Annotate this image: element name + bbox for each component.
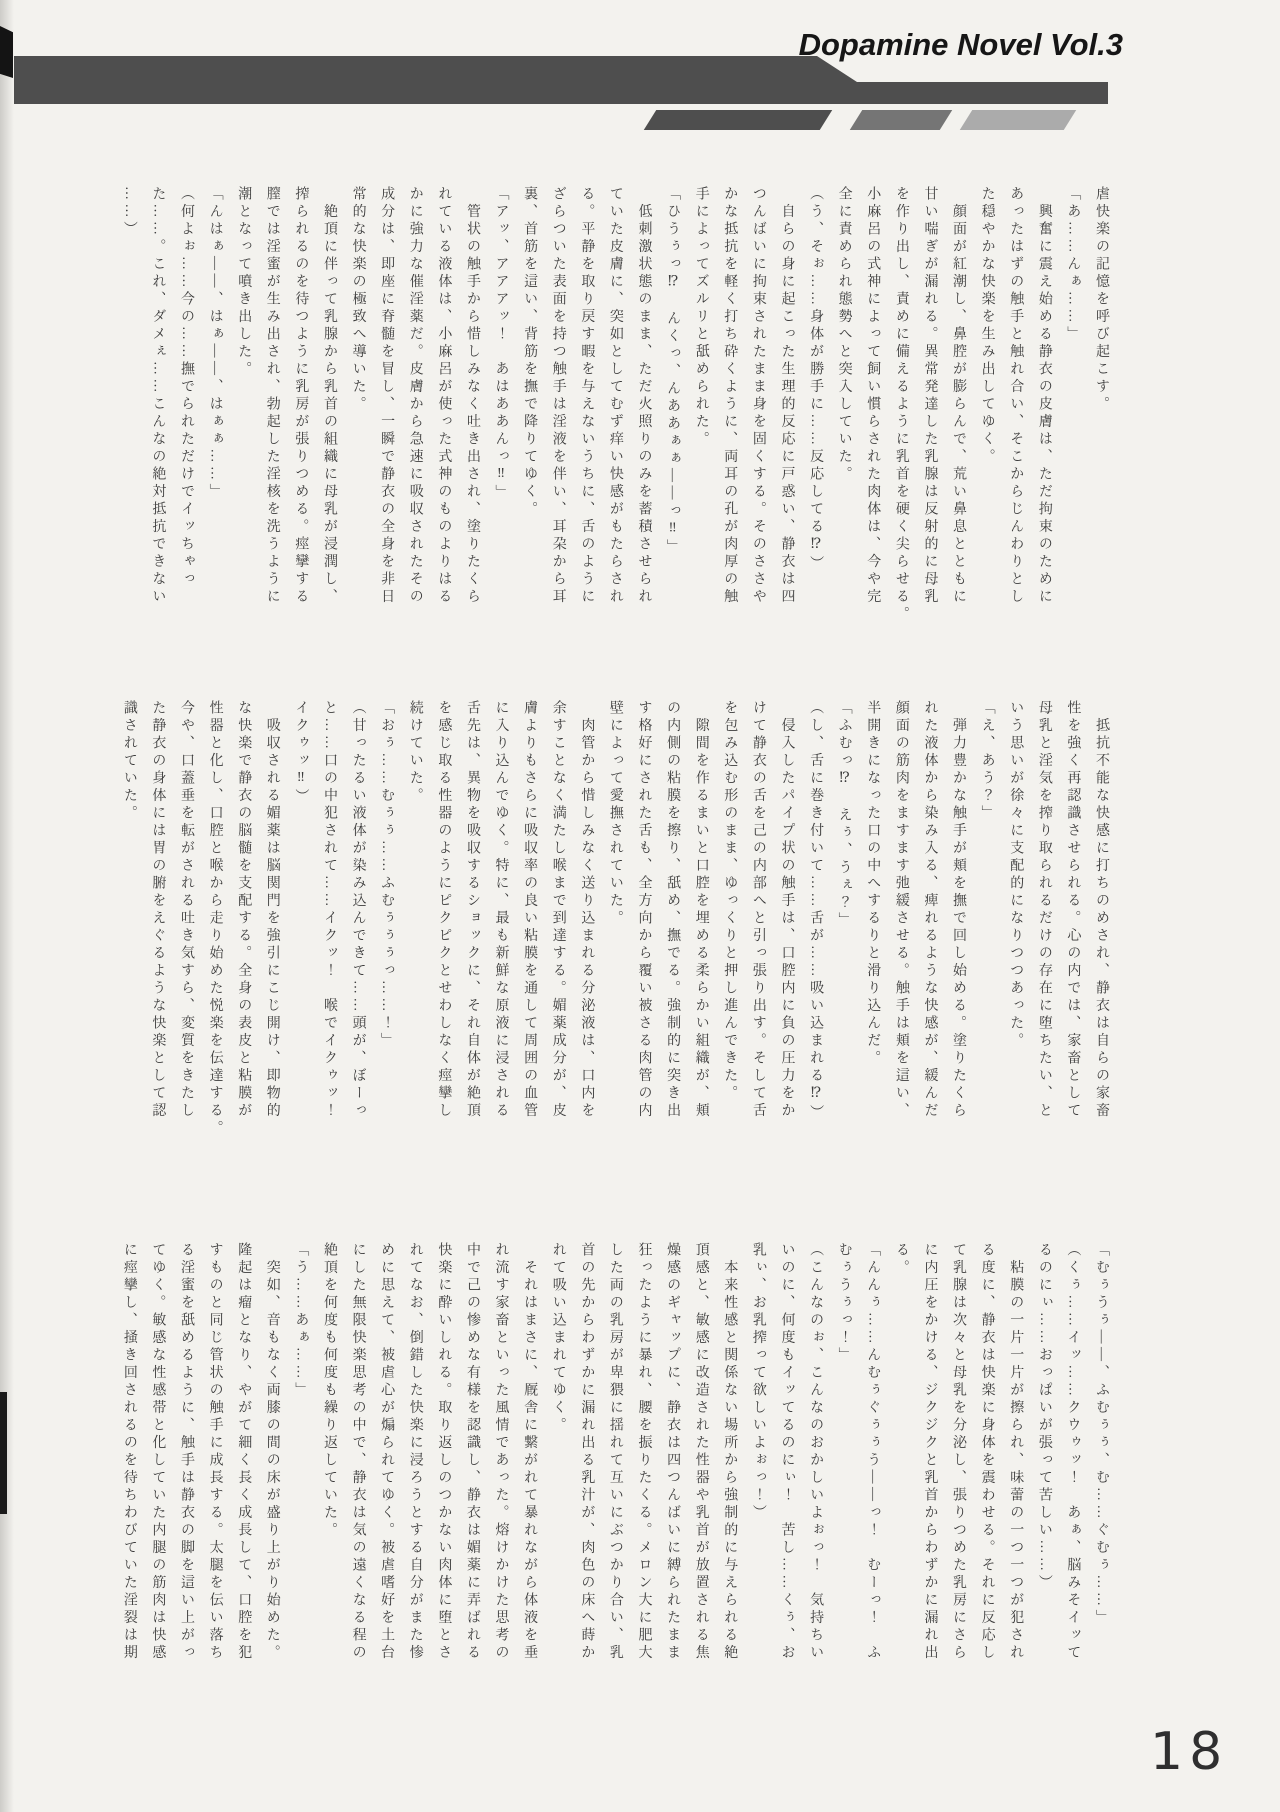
text-column: した両の乳房が卑猥に揺れて互いにぶつかり合い、乳 <box>600 1242 629 1718</box>
text-column: な快楽で静衣の脳髄を支配する。全身の表皮と粘膜が <box>229 700 258 1164</box>
text-column: つんばいに拘束されたまま身を固くする。そのささや <box>743 186 772 650</box>
text-column: を包み込む形のまま、ゆっくりと押し進んできた。 <box>715 700 744 1164</box>
deco-parallelogram-light <box>960 110 1076 130</box>
text-column: 常的な快楽の極致へ導いた。 <box>343 186 372 650</box>
text-column: に内圧をかける、ジクジクと乳首からわずかに漏れ出 <box>915 1242 944 1718</box>
text-column: にした無限快楽思考の中で、静衣は気の遠くなる程の <box>343 1242 372 1718</box>
text-column: 侵入したパイプ状の触手は、口腔内に負の圧力をか <box>772 700 801 1164</box>
text-column: 自らの身に起こった生理的反応に戸惑い、静衣は四 <box>772 186 801 650</box>
text-column: す格好にされた舌も、全方向から覆い被さる肉管の内 <box>629 700 658 1164</box>
text-column: に痙攣し、掻き回されるのを待ちわびていた淫裂は期 <box>114 1242 143 1718</box>
page-number: 18 <box>1150 1722 1228 1782</box>
text-column: を感じ取る性器のようにピクピクとせわしなく痙攣し <box>429 700 458 1164</box>
text-column: 全に責められ態勢へと突入していた。 <box>829 186 858 650</box>
text-column: 「え、あう？」 <box>972 700 1001 1164</box>
text-column: 「むぅうぅ――、ふむぅぅ、む……ぐむぅ……」 <box>1086 1242 1115 1718</box>
text-column: （何よぉ……今の……撫でられただけでイッちゃっ <box>171 186 200 650</box>
text-column: と……口の中犯されて……イクッ！ 喉でイクゥッ！ <box>314 700 343 1164</box>
text-column: いう思いが徐々に支配的になりつつあった。 <box>1001 700 1030 1164</box>
text-column: を作り出し、責めに備えるように乳首を硬く尖らせる。 <box>886 186 915 650</box>
text-column: 抵抗不能な快感に打ちのめされ、静衣は自らの家畜 <box>1086 700 1115 1164</box>
text-column: （甘ったるい液体が染み込んできて……頭が、ぼーっ <box>343 700 372 1164</box>
text-column: めに思えて、被虐心が煽られてゆく。被虐嗜好を土台 <box>372 1242 401 1718</box>
text-column: る淫蜜を舐めるように、触手は静衣の脚を這い上がっ <box>171 1242 200 1718</box>
text-column: れて吸い込まれてゆく。 <box>543 1242 572 1718</box>
text-column: れた液体から染み入る、痺れるような快感が、緩んだ <box>915 700 944 1164</box>
text-column: 絶頂を何度も何度も繰り返していた。 <box>314 1242 343 1718</box>
text-column: 粘膜の一片一片が擦られ、味蕾の一つ一つが犯され <box>1001 1242 1030 1718</box>
text-block-1: 虐快楽の記憶を呼び起こす。「あ……んぁ……」 興奮に震え始める静衣の皮膚は、ただ… <box>111 186 1115 650</box>
text-column: 狂ったように暴れ、腰を振りたくる。メロン大に肥大 <box>629 1242 658 1718</box>
text-column: に入り込んでゆく。特に、最も新鮮な原液に浸される <box>486 700 515 1164</box>
text-column: れている液体は、小麻呂が使った式神のものよりはる <box>429 186 458 650</box>
text-column: 燥感のギャップに、静衣は四つんばいに縛られたまま <box>658 1242 687 1718</box>
text-column: 膚よりもさらに吸収率の良い粘膜を通して周囲の血管 <box>515 700 544 1164</box>
text-block-3: 「むぅうぅ――、ふむぅぅ、む……ぐむぅ……」（くぅ……イッ……クウゥッ！ あぁ、… <box>111 1242 1115 1718</box>
text-column: イクゥッ‼） <box>286 700 315 1164</box>
text-column: 管状の触手から惜しみなく吐き出され、塗りたくら <box>457 186 486 650</box>
text-column: あったはずの触手と触れ合い、そこからじんわりとし <box>1001 186 1030 650</box>
text-column: 肉管から惜しみなく送り込まれる分泌液は、口内を <box>572 700 601 1164</box>
text-column: 潮となって噴き出した。 <box>229 186 258 650</box>
text-column: た……。これ、ダメぇ……こんなの絶対抵抗できない <box>143 186 172 650</box>
text-column: ……） <box>114 186 143 650</box>
text-column: れてなお、倒錯した快楽に浸ろうとする自分がまた惨 <box>400 1242 429 1718</box>
text-column: れ流す家畜といった風情であった。熔けかけた思考の <box>486 1242 515 1718</box>
text-column: 「ふむっ⁉ えぅ、うぇ？」 <box>829 700 858 1164</box>
text-column: 今や、口蓋垂を転がされる吐き気すら、変質をきたし <box>171 700 200 1164</box>
text-column: 中で己の惨めな有様を認識し、静衣は媚薬に弄ばれる <box>457 1242 486 1718</box>
deco-parallelogram-medium <box>850 110 952 130</box>
text-column: 「ひうぅっ⁉ んくっ、んああぁぁ――っ‼」 <box>658 186 687 650</box>
text-column: それはまさに、厩舎に繋がれて暴れながら体液を垂 <box>515 1242 544 1718</box>
text-column: 頂感と、敏感に改造された性器や乳首が放置される焦 <box>686 1242 715 1718</box>
text-column: 舌先は、異物を吸収するショックに、それ自体が絶頂 <box>457 700 486 1164</box>
text-column: 識されていた。 <box>114 700 143 1164</box>
text-column: （う、そぉ……身体が勝手に……反応してる⁉） <box>800 186 829 650</box>
text-block-2: 抵抗不能な快感に打ちのめされ、静衣は自らの家畜性を強く再認識させられる。心の内で… <box>111 700 1115 1164</box>
text-column: かに強力な催淫薬だ。皮膚から急速に吸収されたその <box>400 186 429 650</box>
text-column: 性器と化し、口腔と喉から走り始めた悦楽を伝達する。 <box>200 700 229 1164</box>
text-column: 小麻呂の式神によって飼い慣らされた肉体は、今や完 <box>858 186 887 650</box>
text-column: むぅうぅっ！」 <box>829 1242 858 1718</box>
text-column: た静衣の身体には胃の腑をえぐるような快楽として認 <box>143 700 172 1164</box>
text-column: 虐快楽の記憶を呼び起こす。 <box>1086 186 1115 650</box>
text-column: 顔面が紅潮し、鼻腔が膨らんで、荒い鼻息とともに <box>943 186 972 650</box>
text-column: 裏、首筋を這い、背筋を撫で降りてゆく。 <box>515 186 544 650</box>
text-column: けて静衣の舌を己の内部へと引っ張り出す。そして舌 <box>743 700 772 1164</box>
text-column: てゆく。敏感な性感帯と化していた内腿の筋肉は快感 <box>143 1242 172 1718</box>
text-column: ていた皮膚に、突如としてむず痒い快感がもたらされ <box>600 186 629 650</box>
text-column: 続けていた。 <box>400 700 429 1164</box>
text-column: 「んんぅ……んむぅぐぅぅう――っ！ むーっ！ ふ <box>858 1242 887 1718</box>
text-column: る度に、静衣は快楽に身体を震わせる。それに反応し <box>972 1242 1001 1718</box>
text-column: 「おぅ……むぅぅ……ふむぅぅぅっ……！」 <box>372 700 401 1164</box>
text-column: 手によってズルリと舐められた。 <box>686 186 715 650</box>
text-column: 搾られるのを待つように乳房が張りつめる。痙攣する <box>286 186 315 650</box>
text-column: るのにぃ……おっぱいが張って苦しい……） <box>1029 1242 1058 1718</box>
text-column: 吸収される媚薬は脳関門を強引にこじ開け、即物的 <box>257 700 286 1164</box>
page-title: Dopamine Novel Vol.3 <box>799 27 1123 63</box>
text-column: 母乳と淫気を搾り取られるだけの存在に堕ちたい、と <box>1029 700 1058 1164</box>
scan-artifact-left-edge <box>0 1392 7 1514</box>
text-column: 「んはぁ――、はぁ――、はぁぁ……」 <box>200 186 229 650</box>
text-column: 顔面の筋肉をますます弛緩させる。触手は頬を這い、 <box>886 700 915 1164</box>
text-column: ざらついた表面を持つ触手は淫液を伴い、耳朶から耳 <box>543 186 572 650</box>
text-column: 性を強く再認識させられる。心の内では、家畜として <box>1058 700 1087 1164</box>
text-column: かな抵抗を軽く打ち砕くように、両耳の孔が肉厚の触 <box>715 186 744 650</box>
text-column: 乳ぃ、お乳搾って欲しいよぉっ！） <box>743 1242 772 1718</box>
text-column: すものと同じ管状の触手に成長する。太腿を伝い落ち <box>200 1242 229 1718</box>
text-column: 膣では淫蜜が生み出され、勃起した淫核を洗うように <box>257 186 286 650</box>
text-column: た穏やかな快楽を生み出してゆく。 <box>972 186 1001 650</box>
text-column: いのに、何度もイッてるのにぃ！ 苦し……くぅ、お <box>772 1242 801 1718</box>
text-column: 隙間を作るまいと口腔を埋める柔らかい組織が、頬 <box>686 700 715 1164</box>
text-column: 弾力豊かな触手が頬を撫で回し始める。塗りたくら <box>943 700 972 1164</box>
scanned-novel-page: Dopamine Novel Vol.3 虐快楽の記憶を呼び起こす。「あ……んぁ… <box>0 0 1280 1812</box>
text-column: て乳腺は次々と母乳を分泌し、張りつめた乳房にさら <box>943 1242 972 1718</box>
text-column: る。 <box>886 1242 915 1718</box>
text-column: 「う……あぁ……」 <box>286 1242 315 1718</box>
text-column: 首の先からわずかに漏れ出る乳汁が、肉色の床へ蒔か <box>572 1242 601 1718</box>
text-column: 興奮に震え始める静衣の皮膚は、ただ拘束のために <box>1029 186 1058 650</box>
text-column: 甘い喘ぎが漏れる。異常発達した乳腺は反射的に母乳 <box>915 186 944 650</box>
text-column: 絶頂に伴って乳腺から乳首の組織に母乳が浸潤し、 <box>314 186 343 650</box>
text-column: る。平静を取り戻す暇を与えないうちに、舌のように <box>572 186 601 650</box>
text-column: 半開きになった口の中へするりと滑り込んだ。 <box>858 700 887 1164</box>
text-column: 壁によって愛撫されていた。 <box>600 700 629 1164</box>
text-column: （くぅ……イッ……クウゥッ！ あぁ、脳みそイッて <box>1058 1242 1087 1718</box>
text-column: （し、舌に巻き付いて……舌が……吸い込まれる⁉） <box>800 700 829 1164</box>
text-column: （こんなのぉ、こんなのおかしいよぉっ！ 気持ちい <box>800 1242 829 1718</box>
scan-edge-shadow <box>0 0 14 1812</box>
scan-artifact-top-left <box>0 26 13 78</box>
text-column: 「あ……んぁ……」 <box>1058 186 1087 650</box>
text-column: 快楽に酔いしれる。取り返しのつかない肉体に堕とさ <box>429 1242 458 1718</box>
text-column: 低刺激状態のまま、ただ火照りのみを蓄積させられ <box>629 186 658 650</box>
text-column: 突如、音もなく両膝の間の床が盛り上がり始めた。 <box>257 1242 286 1718</box>
text-column: の内側の粘膜を擦り、舐め、撫でる。強制的に突き出 <box>658 700 687 1164</box>
text-column: 余すことなく満たし喉まで到達する。媚薬成分が、皮 <box>543 700 572 1164</box>
header-banner-shape <box>14 56 1110 104</box>
text-column: 本来性感と関係ない場所から強制的に与えられる絶 <box>715 1242 744 1718</box>
text-column: 「アッ、アアアッ！ あはああんっ‼」 <box>486 186 515 650</box>
deco-parallelogram-dark <box>644 110 832 130</box>
text-column: 隆起は瘤となり、やがて細く長く成長して、口腔を犯 <box>229 1242 258 1718</box>
text-column: 成分は、即座に脊髄を冒し、一瞬で静衣の全身を非日 <box>372 186 401 650</box>
